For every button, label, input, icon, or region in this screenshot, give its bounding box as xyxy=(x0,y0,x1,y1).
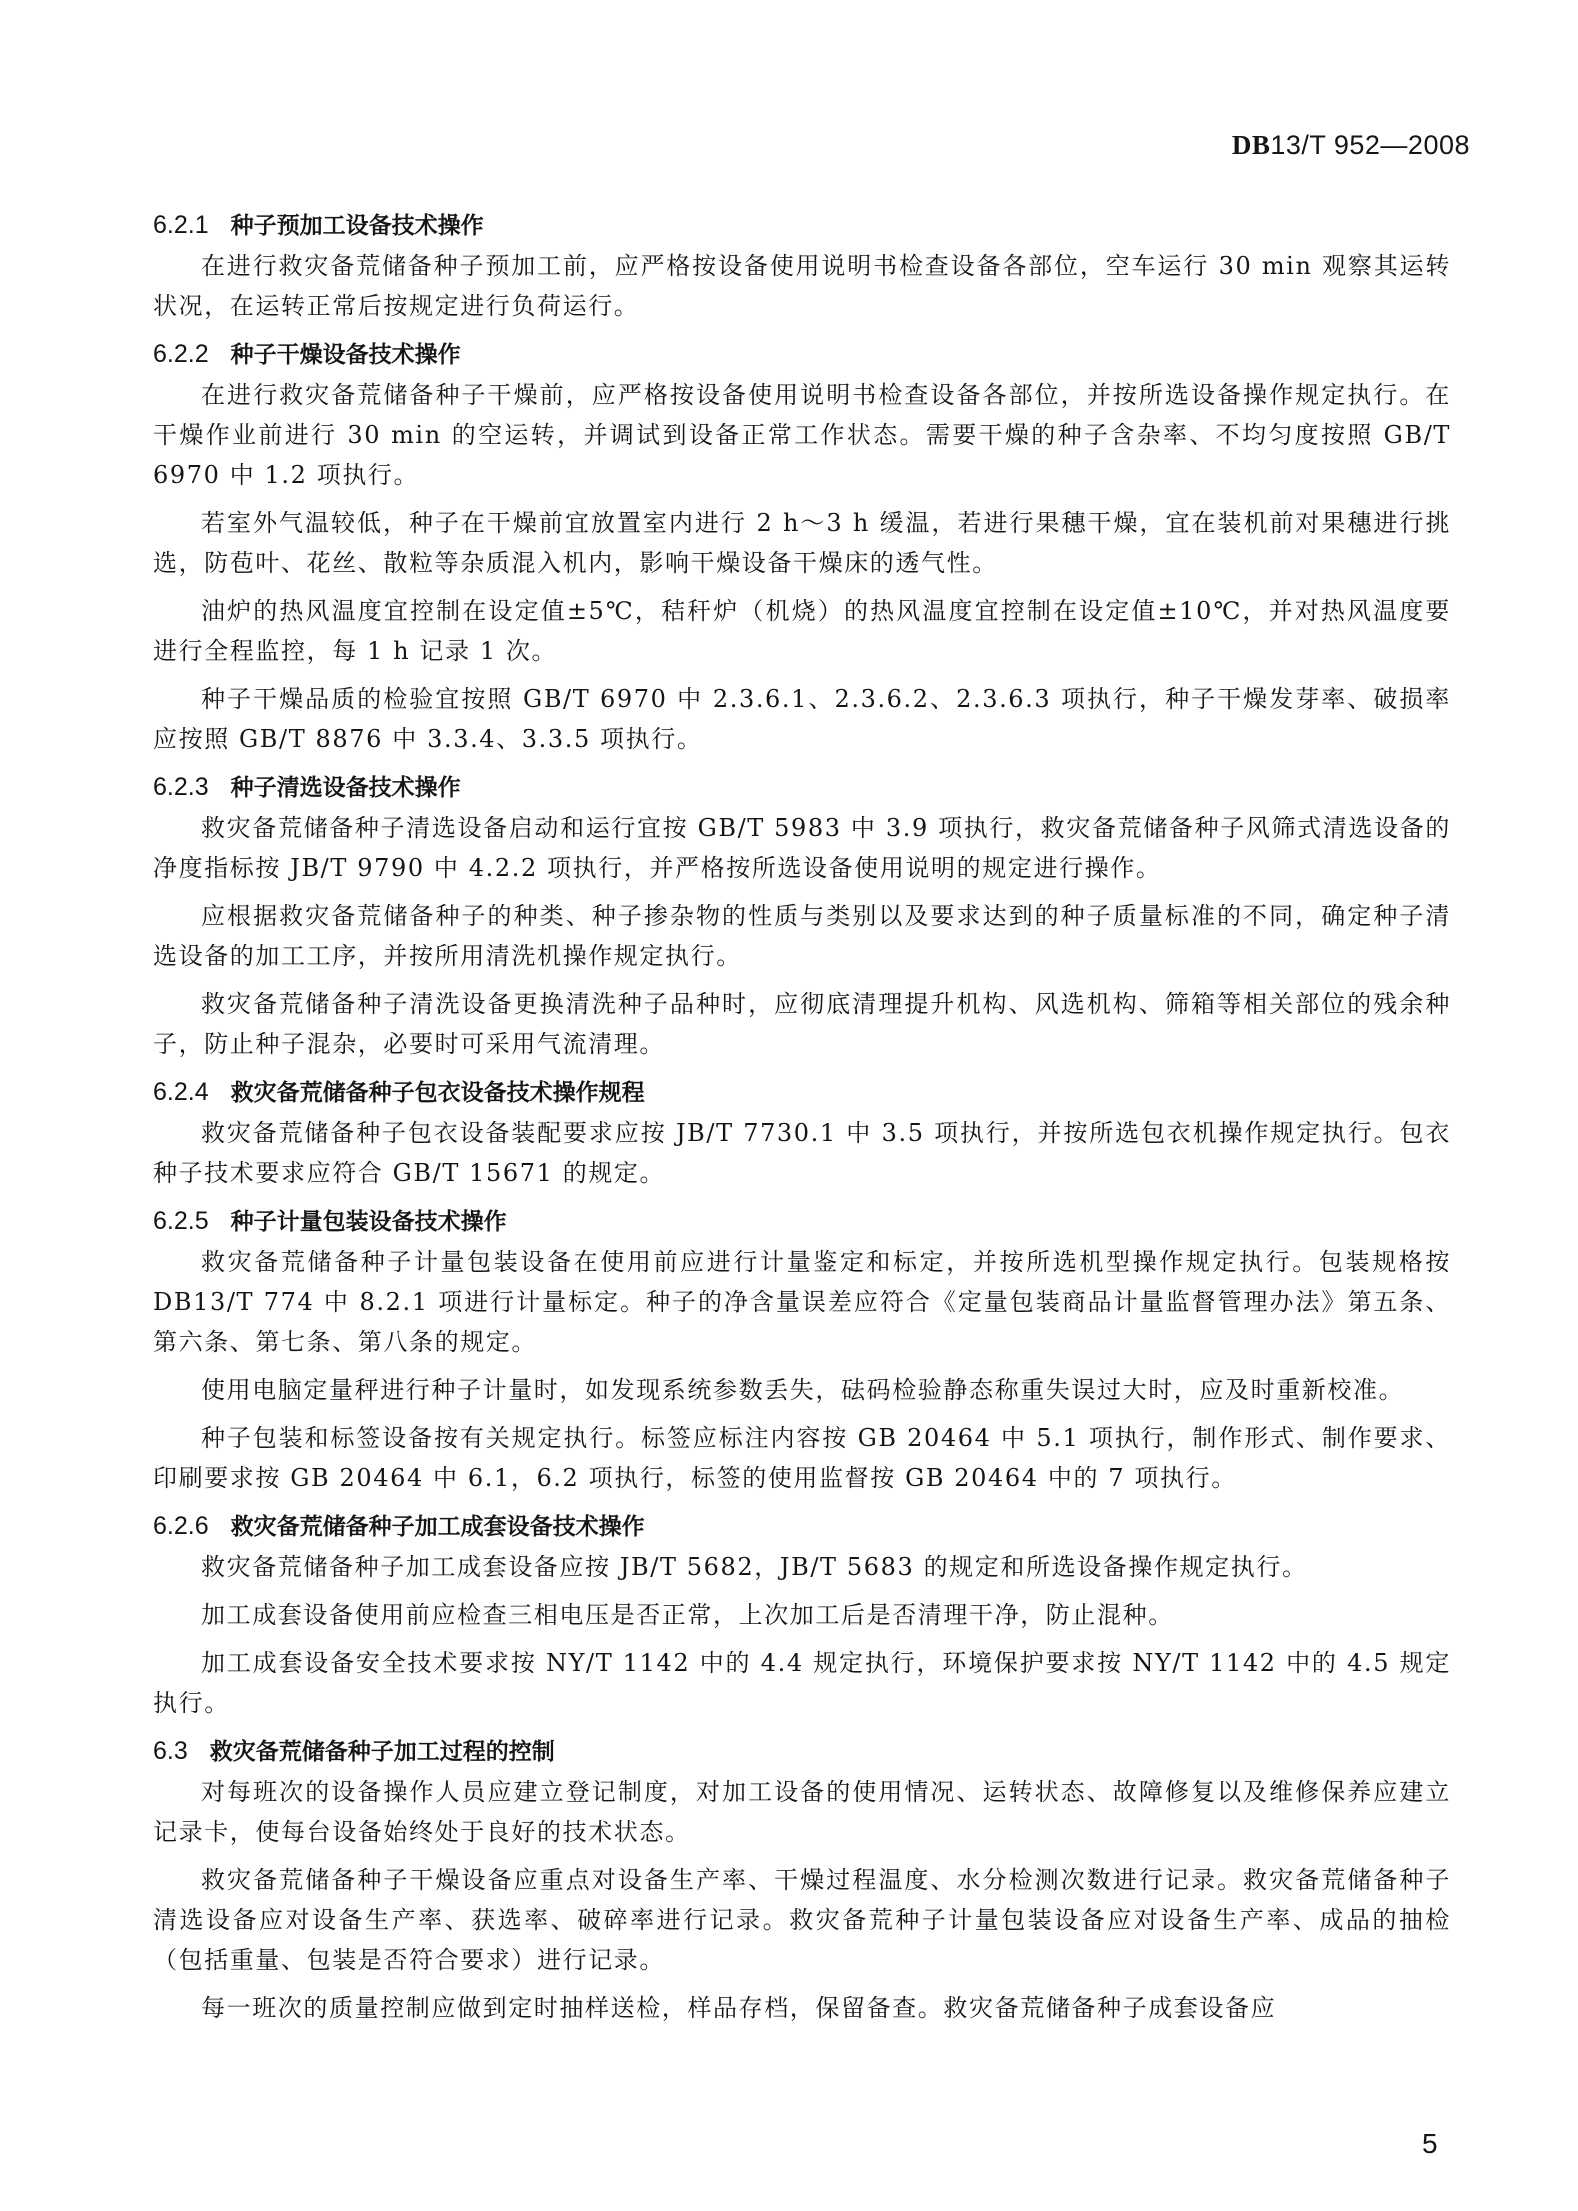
document-code-prefix: DB xyxy=(1232,130,1271,160)
paragraph: 救灾备荒储备种子加工成套设备应按 JB/T 5682，JB/T 5683 的规定… xyxy=(153,1547,1451,1587)
section-heading: 6.2.5种子计量包装设备技术操作 xyxy=(153,1201,1451,1242)
page-number: 5 xyxy=(1422,2128,1438,2160)
section-6-3: 6.3救灾备荒储备种子加工过程的控制 对每班次的设备操作人员应建立登记制度，对加… xyxy=(153,1731,1451,2028)
paragraph: 使用电脑定量秤进行种子计量时，如发现系统参数丢失，砝码检验静态称重失误过大时，应… xyxy=(153,1370,1451,1410)
paragraph: 救灾备荒储备种子干燥设备应重点对设备生产率、干燥过程温度、水分检测次数进行记录。… xyxy=(153,1860,1451,1980)
document-code: DB13/T 952—2008 xyxy=(1232,130,1470,161)
section-heading: 6.2.4救灾备荒储备种子包衣设备技术操作规程 xyxy=(153,1072,1451,1113)
paragraph: 应根据救灾备荒储备种子的种类、种子掺杂物的性质与类别以及要求达到的种子质量标准的… xyxy=(153,896,1451,976)
paragraph: 在进行救灾备荒储备种子预加工前，应严格按设备使用说明书检查设备各部位，空车运行 … xyxy=(153,246,1451,326)
paragraph: 对每班次的设备操作人员应建立登记制度，对加工设备的使用情况、运转状态、故障修复以… xyxy=(153,1772,1451,1852)
paragraph: 种子包装和标签设备按有关规定执行。标签应标注内容按 GB 20464 中 5.1… xyxy=(153,1418,1451,1498)
paragraph: 在进行救灾备荒储备种子干燥前，应严格按设备使用说明书检查设备各部位，并按所选设备… xyxy=(153,375,1451,495)
section-heading: 6.2.1种子预加工设备技术操作 xyxy=(153,205,1451,246)
section-heading: 6.2.2种子干燥设备技术操作 xyxy=(153,334,1451,375)
section-6-2-5: 6.2.5种子计量包装设备技术操作 救灾备荒储备种子计量包装设备在使用前应进行计… xyxy=(153,1201,1451,1498)
paragraph: 油炉的热风温度宜控制在设定值±5℃，秸秆炉（机烧）的热风温度宜控制在设定值±10… xyxy=(153,591,1451,671)
paragraph: 救灾备荒储备种子计量包装设备在使用前应进行计量鉴定和标定，并按所选机型操作规定执… xyxy=(153,1242,1451,1362)
section-6-2-2: 6.2.2种子干燥设备技术操作 在进行救灾备荒储备种子干燥前，应严格按设备使用说… xyxy=(153,334,1451,759)
section-heading: 6.3救灾备荒储备种子加工过程的控制 xyxy=(153,1731,1451,1772)
section-heading: 6.2.6救灾备荒储备种子加工成套设备技术操作 xyxy=(153,1506,1451,1547)
document-body: 6.2.1种子预加工设备技术操作 在进行救灾备荒储备种子预加工前，应严格按设备使… xyxy=(153,205,1451,2036)
paragraph: 救灾备荒储备种子包衣设备装配要求应按 JB/T 7730.1 中 3.5 项执行… xyxy=(153,1113,1451,1193)
section-6-2-1: 6.2.1种子预加工设备技术操作 在进行救灾备荒储备种子预加工前，应严格按设备使… xyxy=(153,205,1451,326)
paragraph: 救灾备荒储备种子清选设备启动和运行宜按 GB/T 5983 中 3.9 项执行，… xyxy=(153,808,1451,888)
paragraph: 每一班次的质量控制应做到定时抽样送检，样品存档，保留备查。救灾备荒储备种子成套设… xyxy=(153,1988,1451,2028)
document-code-number: 13/T 952—2008 xyxy=(1270,130,1470,160)
section-6-2-6: 6.2.6救灾备荒储备种子加工成套设备技术操作 救灾备荒储备种子加工成套设备应按… xyxy=(153,1506,1451,1723)
paragraph: 加工成套设备安全技术要求按 NY/T 1142 中的 4.4 规定执行，环境保护… xyxy=(153,1643,1451,1723)
paragraph: 种子干燥品质的检验宜按照 GB/T 6970 中 2.3.6.1、2.3.6.2… xyxy=(153,679,1451,759)
section-6-2-4: 6.2.4救灾备荒储备种子包衣设备技术操作规程 救灾备荒储备种子包衣设备装配要求… xyxy=(153,1072,1451,1193)
section-heading: 6.2.3种子清选设备技术操作 xyxy=(153,767,1451,808)
section-6-2-3: 6.2.3种子清选设备技术操作 救灾备荒储备种子清选设备启动和运行宜按 GB/T… xyxy=(153,767,1451,1064)
paragraph: 加工成套设备使用前应检查三相电压是否正常，上次加工后是否清理干净，防止混种。 xyxy=(153,1595,1451,1635)
paragraph: 若室外气温较低，种子在干燥前宜放置室内进行 2 h～3 h 缓温，若进行果穗干燥… xyxy=(153,503,1451,583)
paragraph: 救灾备荒储备种子清洗设备更换清洗种子品种时，应彻底清理提升机构、风选机构、筛箱等… xyxy=(153,984,1451,1064)
